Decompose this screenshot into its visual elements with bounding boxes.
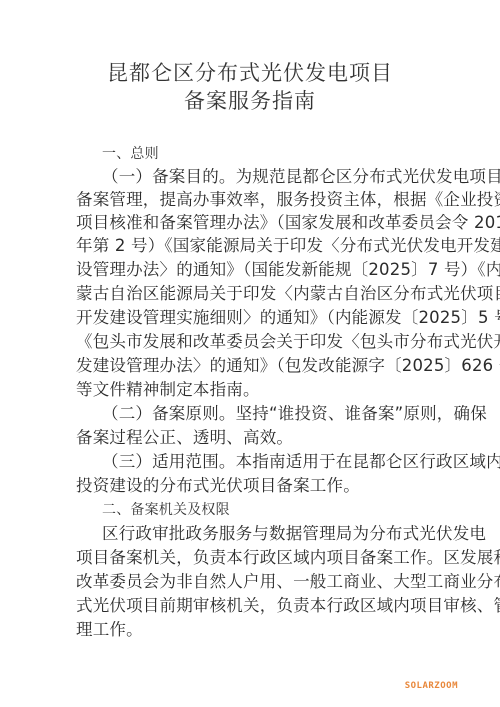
body-text-line: （三）适用范围。本指南适用于在昆都仑区行政区域内 xyxy=(102,451,426,473)
solarzoom-watermark: SOLARZOOM xyxy=(405,681,458,691)
section-heading: 一、总则 xyxy=(102,143,426,165)
document-title-line-1: 昆都仑区分布式光伏发电项目 xyxy=(0,60,500,86)
body-text-line: 投资建设的分布式光伏项目备案工作。 xyxy=(76,475,426,497)
body-text-line: 发建设管理办法〉的通知》（包发改能源字〔2025〕626 号） xyxy=(76,355,426,377)
body-text-line: 开发建设管理实施细则〉的通知》（内能源发〔2025〕5 号） xyxy=(76,307,426,329)
body-text-line: 备案过程公正、透明、高效。 xyxy=(76,427,426,449)
body-text-line: 蒙古自治区能源局关于印发〈内蒙古自治区分布式光伏项目 xyxy=(76,283,426,305)
body-text-line: 式光伏项目前期审核机关，负责本行政区域内项目审核、管 xyxy=(76,595,426,617)
body-text-line: 改革委员会为非自然人户用、一般工商业、大型工商业分布 xyxy=(76,571,426,593)
body-text-line: 项目核准和备案管理办法》（国家发展和改革委员会令 2017 xyxy=(76,212,426,234)
section-heading: 二、备案机关及权限 xyxy=(102,499,426,521)
body-text-line: 《包头市发展和改革委员会关于印发〈包头市分布式光伏开 xyxy=(76,331,426,353)
body-text-line: 设管理办法〉的通知》（国能发新能规〔2025〕7 号）《内 xyxy=(76,259,426,281)
document-page: 昆都仑区分布式光伏发电项目 备案服务指南 一、总则（一）备案目的。为规范昆都仑区… xyxy=(0,0,500,707)
body-text-line: （一）备案目的。为规范昆都仑区分布式光伏发电项目 xyxy=(102,166,426,188)
body-text-line: 区行政审批政务服务与数据管理局为分布式光伏发电 xyxy=(102,523,426,545)
document-title-line-2: 备案服务指南 xyxy=(0,88,500,114)
body-text-line: （二）备案原则。坚持“谁投资、谁备案”原则，确保 xyxy=(102,403,426,425)
body-text-line: 等文件精神制定本指南。 xyxy=(76,379,426,401)
body-text-line: 项目备案机关，负责本行政区域内项目备案工作。区发展和 xyxy=(76,547,426,569)
body-text-line: 备案管理，提高办事效率，服务投资主体，根据《企业投资 xyxy=(76,189,426,211)
body-text-line: 理工作。 xyxy=(76,619,426,641)
body-text-line: 年第 2 号）《国家能源局关于印发〈分布式光伏发电开发建 xyxy=(76,235,426,257)
